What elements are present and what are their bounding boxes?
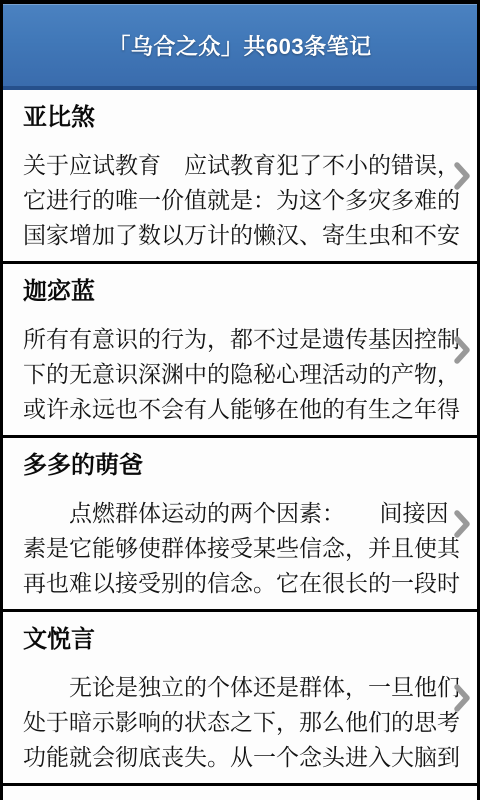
note-author: 亚比煞: [23, 102, 431, 134]
note-author: 迦宓蓝: [23, 276, 431, 308]
note-list-item[interactable]: 多多的萌爸 点燃群体运动的两个因素： 间接因素是它能够使群体接受某些信念，并且使…: [3, 438, 477, 612]
note-list-item[interactable]: 亚比煞 关于应试教育 应试教育犯了不小的错误，它进行的唯一价值就是：为这个多灾多…: [3, 90, 477, 264]
note-excerpt: 所有有意识的行为，都不过是遗传基因控制下的无意识深渊中的隐秘心理活动的产物，或许…: [23, 322, 461, 427]
chevron-right-icon: [452, 509, 472, 539]
note-excerpt: 关于应试教育 应试教育犯了不小的错误，它进行的唯一价值就是：为这个多灾多难的国家…: [23, 148, 461, 253]
note-author: 文悦言: [23, 624, 431, 656]
chevron-right-icon: [452, 683, 472, 713]
note-list-item[interactable]: 迦宓蓝 所有有意识的行为，都不过是遗传基因控制下的无意识深渊中的隐秘心理活动的产…: [3, 264, 477, 438]
chevron-right-icon: [452, 335, 472, 365]
app-screen: 「乌合之众」共603条笔记 亚比煞 关于应试教育 应试教育犯了不小的错误，它进行…: [0, 0, 480, 800]
note-list-item[interactable]: 文悦言 无论是独立的个体还是群体，一旦他们处于暗示影响的状态之下，那么他们的思考…: [3, 612, 477, 786]
note-excerpt: 无论是独立的个体还是群体，一旦他们处于暗示影响的状态之下，那么他们的思考功能就会…: [23, 670, 461, 775]
chevron-right-icon: [452, 161, 472, 191]
page-title: 「乌合之众」共603条笔记: [108, 30, 371, 61]
title-bar: 「乌合之众」共603条笔记: [3, 4, 477, 90]
notes-list: 亚比煞 关于应试教育 应试教育犯了不小的错误，它进行的唯一价值就是：为这个多灾多…: [3, 90, 477, 786]
note-author: 多多的萌爸: [23, 450, 431, 482]
note-excerpt: 点燃群体运动的两个因素： 间接因素是它能够使群体接受某些信念，并且使其再也难以接…: [23, 496, 461, 601]
